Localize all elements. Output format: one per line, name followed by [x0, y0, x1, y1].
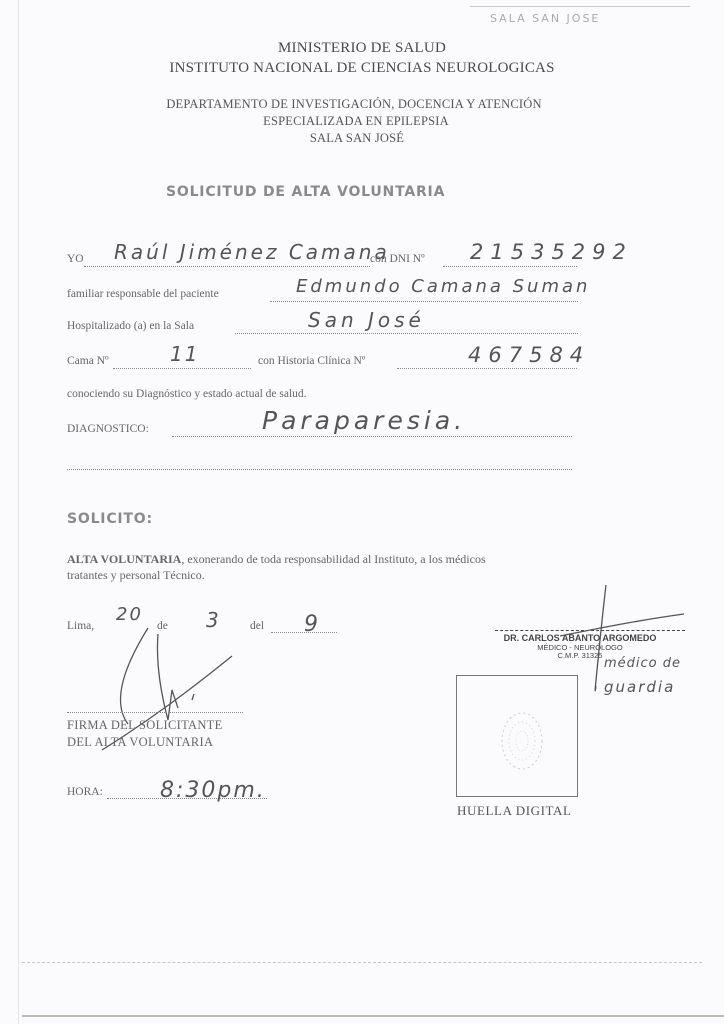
fingerprint-box [456, 675, 578, 797]
doctor-note-line1: médico de [604, 656, 681, 671]
doctor-signature-drawing [0, 0, 724, 1024]
doctor-note-line2: guardia [604, 678, 675, 696]
document-page: SALA SAN JOSE MINISTERIO DE SALUD INSTIT… [0, 0, 724, 1024]
fingerprint-label: HUELLA DIGITAL [457, 803, 572, 819]
page-bottom-edge [22, 1015, 724, 1017]
bottom-artifact-line [22, 962, 702, 963]
fingerprint-icon [497, 706, 547, 776]
